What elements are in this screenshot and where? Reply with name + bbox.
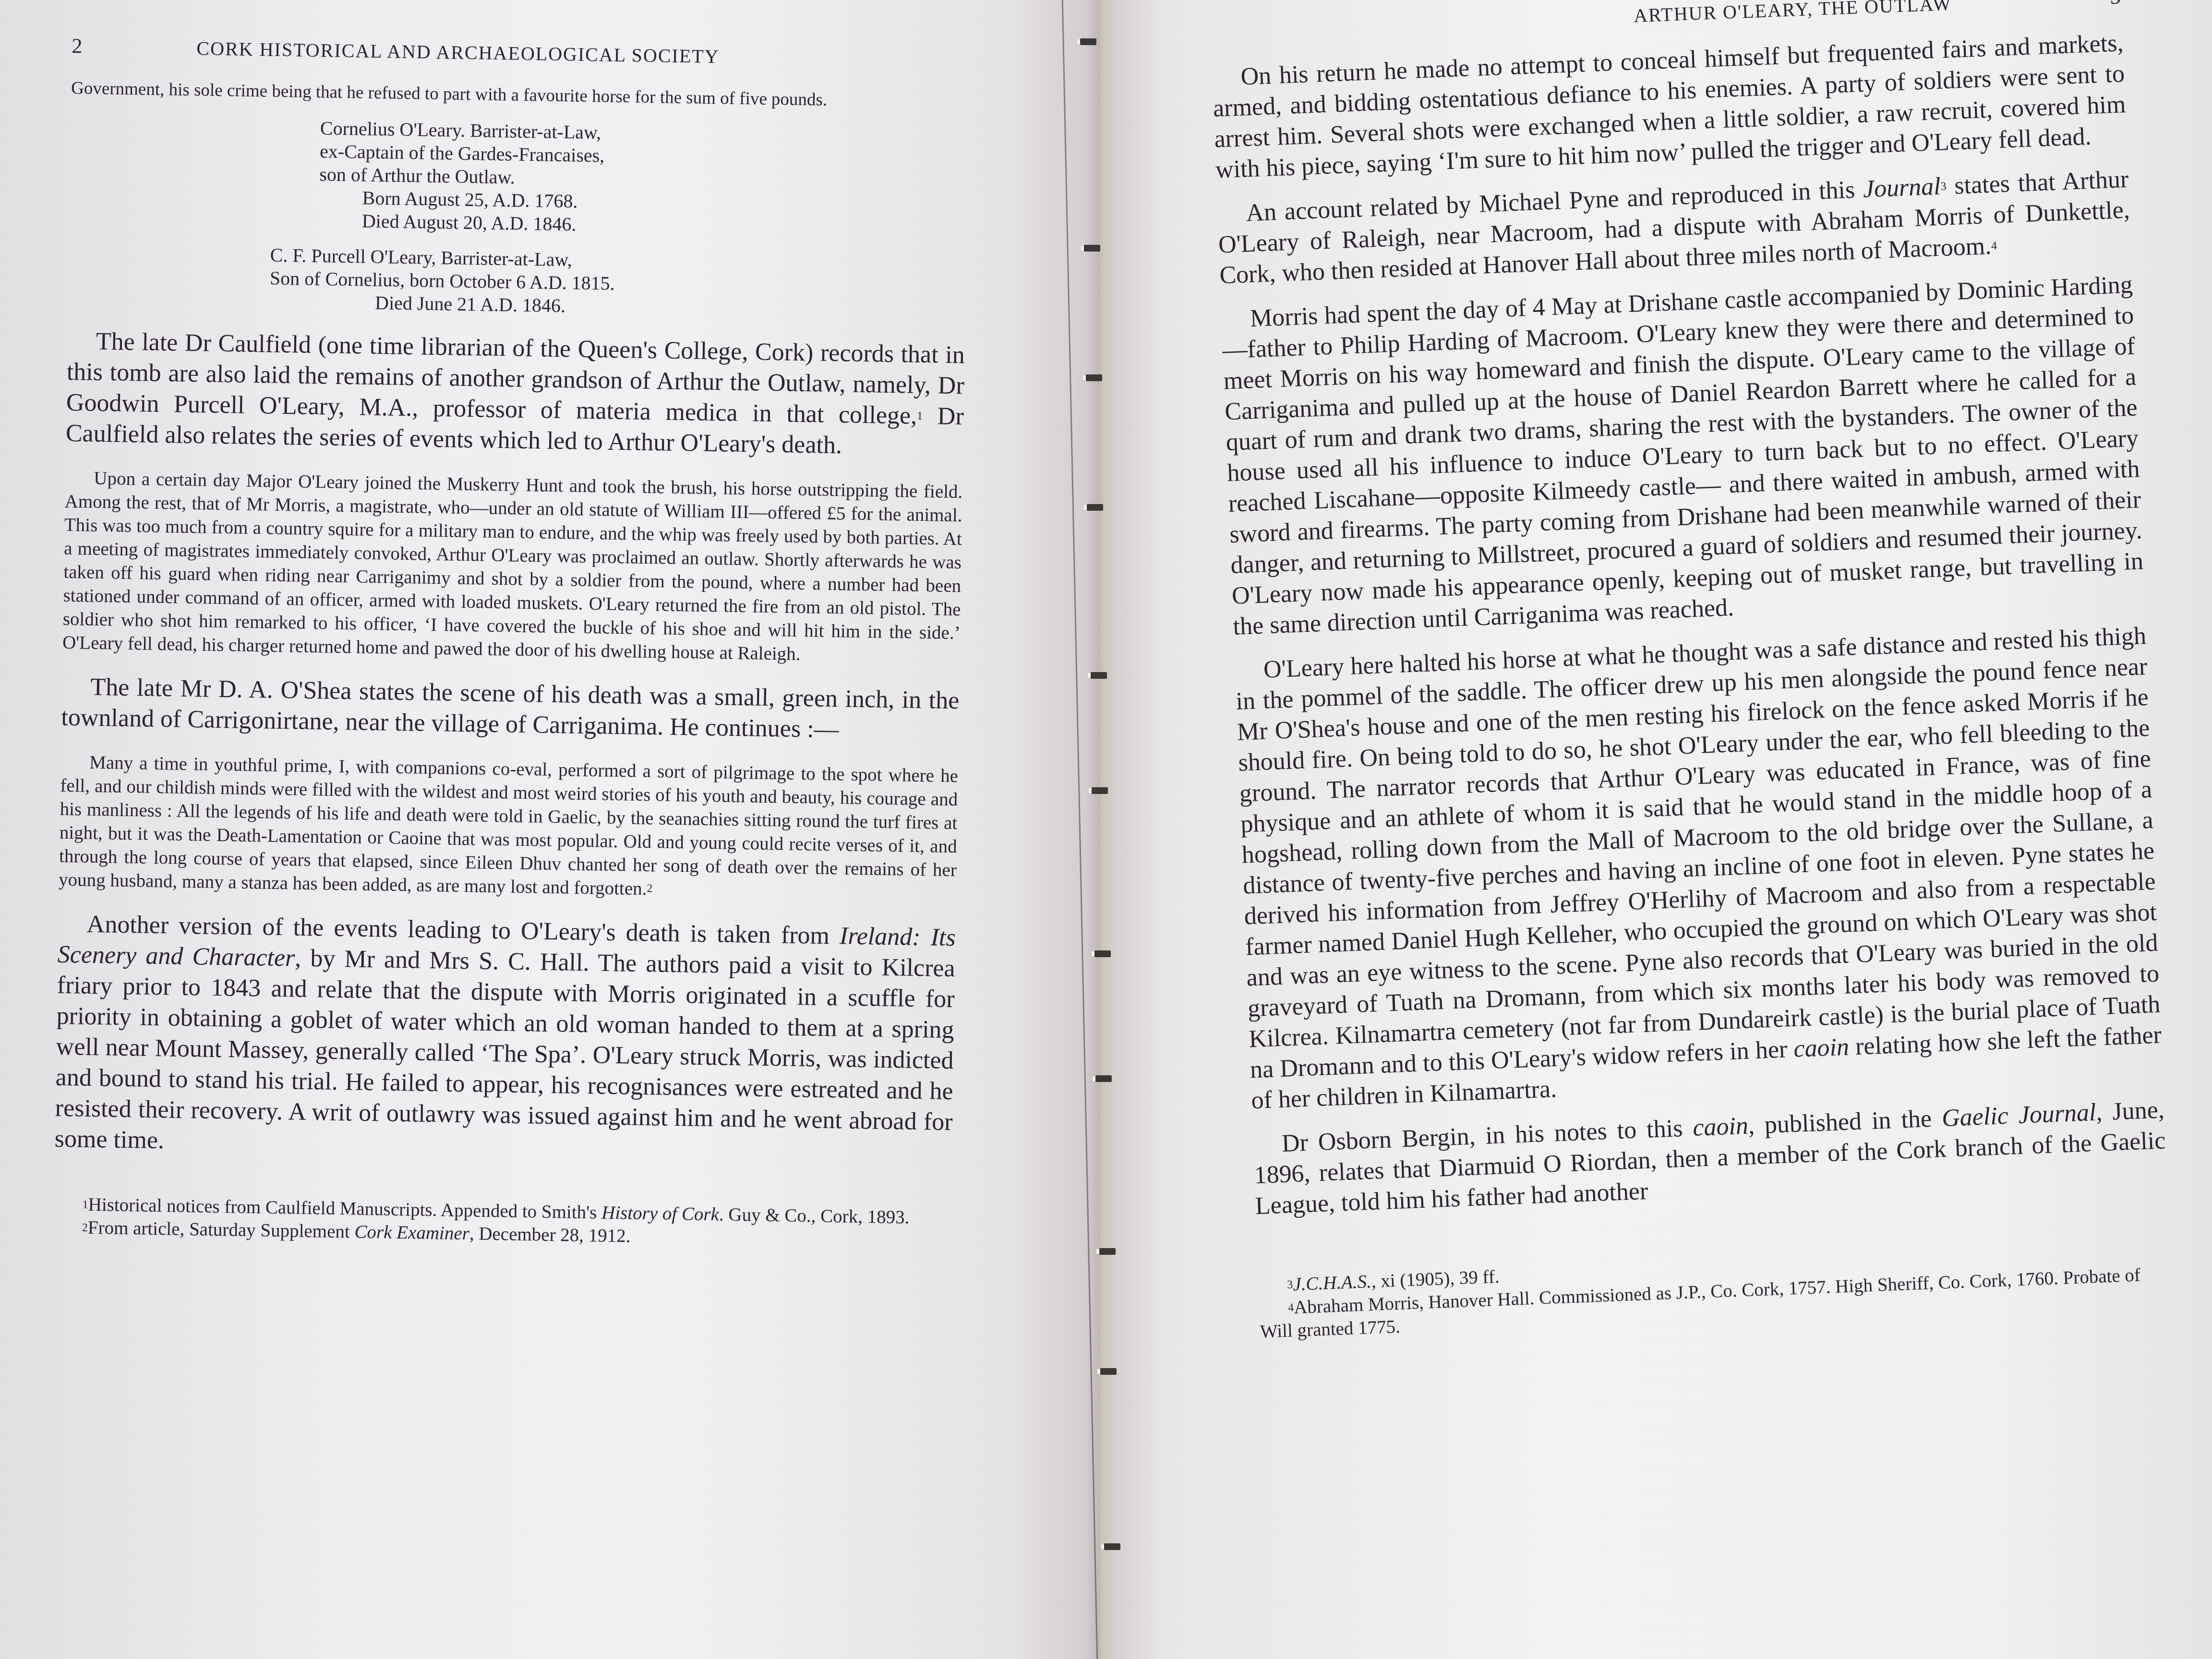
binding-stitch <box>1095 1075 1112 1082</box>
paragraph-text: The late Dr Caulfield (one time libraria… <box>66 328 965 430</box>
footnote-italic: History of Cork <box>601 1202 719 1225</box>
footnote-ref[interactable]: 2 <box>647 882 652 895</box>
footnote-number: 3 <box>1287 1278 1293 1291</box>
paragraph-text: , published in the <box>1748 1105 1943 1139</box>
opening-text: Government, his sole crime being that he… <box>71 77 969 113</box>
paragraph-text: , by Mr and Mrs S. C. Hall. The authors … <box>54 945 955 1154</box>
footnote-ref[interactable]: 1 <box>917 410 923 422</box>
footnote-number: 4 <box>1288 1301 1294 1314</box>
paragraph-text: O'Leary here halted his horse at what he… <box>1236 622 2161 1083</box>
binding-stitch <box>1092 787 1108 794</box>
paragraph-oshea: The late Mr D. A. O'Shea states the scen… <box>61 672 960 747</box>
footnote-text: , xi (1905), 39 ff. <box>1371 1266 1500 1292</box>
right-page-content: ARTHUR O'LEARY, THE OUTLAW 3 On his retu… <box>1210 0 2172 1344</box>
right-footnotes: 3J.C.H.A.S., xi (1905), 39 ff. 4Abraham … <box>1258 1239 2172 1344</box>
book-spread: 2 CORK HISTORICAL AND ARCHAEOLOGICAL SOC… <box>0 0 2212 1659</box>
left-running-head: 2 CORK HISTORICAL AND ARCHAEOLOGICAL SOC… <box>72 34 970 72</box>
footnote-italic: J.C.H.A.S. <box>1292 1271 1371 1295</box>
footnote-italic: Cork Examiner <box>354 1222 469 1244</box>
paragraph-bergin: Dr Osborn Bergin, in his notes to this c… <box>1252 1094 2167 1222</box>
binding-stitch <box>1086 374 1102 381</box>
right-page: ARTHUR O'LEARY, THE OUTLAW 3 On his retu… <box>1099 0 2212 1659</box>
page-number: 2 <box>72 34 197 60</box>
italic-word: caoin <box>1793 1033 1850 1062</box>
footnote-text: From article, Saturday Supplement <box>88 1217 355 1242</box>
binding-stitch <box>1087 504 1103 511</box>
binding-stitch <box>1100 1368 1117 1375</box>
left-page-content: 2 CORK HISTORICAL AND ARCHAEOLOGICAL SOC… <box>53 34 970 1253</box>
page-number: 3 <box>2110 0 2122 9</box>
binding-stitch <box>1080 38 1096 45</box>
journal-title: Journal <box>1863 173 1941 203</box>
footnote-ref[interactable]: 3 <box>1940 180 1947 192</box>
quote-text: Many a time in youthful prime, I, with c… <box>59 752 958 899</box>
binding-stitch <box>1084 245 1100 252</box>
binding-stitch <box>1094 950 1111 957</box>
footnote-text: , December 28, 1912. <box>469 1223 631 1246</box>
left-footnotes: 1Historical notices from Caulfield Manus… <box>53 1193 951 1253</box>
running-head-title: ARTHUR O'LEARY, THE OUTLAW <box>1633 0 1952 27</box>
footnote-ref[interactable]: 4 <box>1991 240 1997 252</box>
binding-stitch <box>1099 1248 1116 1255</box>
binding-stitch <box>1091 672 1107 679</box>
footnote-number: 2 <box>82 1222 88 1234</box>
binding-stitch <box>1104 1543 1120 1550</box>
left-page: 2 CORK HISTORICAL AND ARCHAEOLOGICAL SOC… <box>0 0 1099 1659</box>
paragraph-drishane: Morris had spent the day of 4 May at Dri… <box>1221 270 2145 642</box>
running-head-title: CORK HISTORICAL AND ARCHAEOLOGICAL SOCIE… <box>196 37 720 68</box>
footnote-text: . Guy & Co., Cork, 1893. <box>719 1204 910 1227</box>
epitaph-cornelius: Cornelius O'Leary. Barrister-at-Law, ex-… <box>319 117 969 242</box>
paragraph-pyne-account: An account related by Michael Pyne and r… <box>1216 164 2131 291</box>
paragraph-hall-version: Another version of the events leading to… <box>54 909 956 1168</box>
paragraph-return: On his return he made no attempt to conc… <box>1211 28 2127 186</box>
journal-title: Gaelic Journal <box>1941 1099 2096 1132</box>
quote-pilgrimage: Many a time in youthful prime, I, with c… <box>59 750 958 905</box>
paragraph-shooting: O'Leary here halted his horse at what he… <box>1234 621 2163 1116</box>
paragraph-caulfield: The late Dr Caulfield (one time libraria… <box>65 326 965 463</box>
epitaph-purcell: C. F. Purcell O'Leary, Barrister-at-Law,… <box>269 244 966 324</box>
quote-muskerry-hunt: Upon a certain day Major O'Leary joined … <box>62 466 963 668</box>
italic-word: caoin <box>1692 1112 1749 1142</box>
footnote-number: 1 <box>82 1199 88 1211</box>
